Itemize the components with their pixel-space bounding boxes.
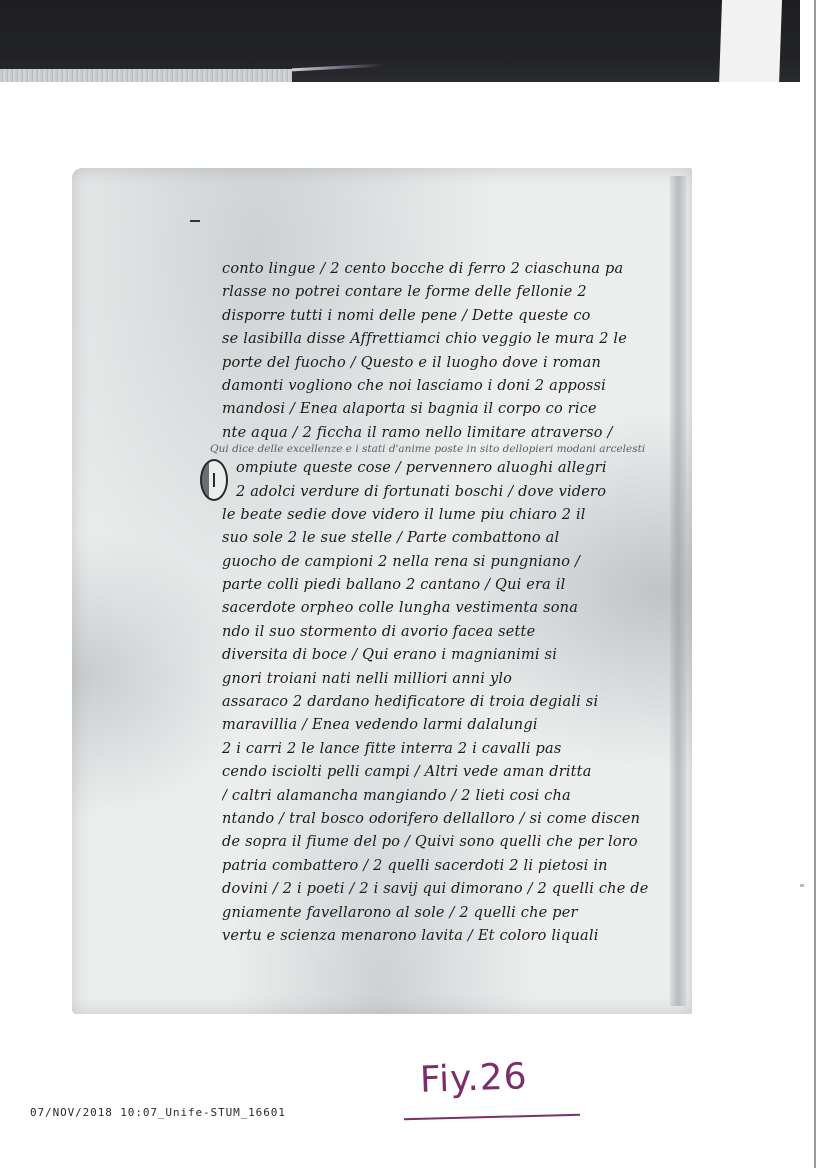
scan-dust-mark — [800, 884, 804, 887]
illuminated-initial-icon — [200, 459, 228, 501]
manuscript-line: porte del fuocho / Questo e il luogho do… — [222, 352, 662, 375]
figure-label: Fiy.26 — [419, 1056, 528, 1101]
scan-timestamp-id: 07/NOV/2018 10:07_Unife-STUM_16601 — [30, 1106, 286, 1119]
manuscript-line: parte colli piedi ballano 2 cantano / Qu… — [222, 574, 662, 597]
manuscript-line: patria combattero / 2 quelli sacerdoti 2… — [222, 855, 662, 878]
manuscript-line: le beate sedie dove videro il lume piu c… — [222, 504, 662, 527]
leaf-ink-speck — [190, 220, 200, 222]
manuscript-line: / caltri alamancha mangiando / 2 lieti c… — [222, 785, 662, 808]
manuscript-line: conto lingue / 2 cento bocche di ferro 2… — [222, 258, 662, 281]
manuscript-line: rlasse no potrei contare le forme delle … — [222, 281, 662, 304]
leaf-gutter-shadow — [670, 176, 686, 1006]
manuscript-line: sacerdote orpheo colle lungha vestimenta… — [222, 597, 662, 620]
manuscript-line: 2 i carri 2 le lance fitte interra 2 i c… — [222, 738, 662, 761]
manuscript-line: ntando / tral bosco odorifero dellalloro… — [222, 808, 662, 831]
manuscript-line: dovini / 2 i poeti / 2 i savij qui dimor… — [222, 878, 662, 901]
manuscript-line: gnori troiani nati nelli milliori anni y… — [222, 668, 662, 691]
manuscript-line: assaraco 2 dardano hedificatore di troia… — [222, 691, 662, 714]
scanner-top-band — [0, 0, 800, 82]
manuscript-line: 2 adolci verdure di fortunati boschi / d… — [222, 481, 662, 504]
scanner-edge-glint — [292, 64, 382, 72]
manuscript-line: cendo isciolti pelli campi / Altri vede … — [222, 761, 662, 784]
manuscript-line: diversita di boce / Qui erano i magniani… — [222, 644, 662, 667]
manuscript-line: maravillia / Enea vedendo larmi dalalung… — [222, 714, 662, 737]
manuscript-rubric: Qui dice delle excellenze e i stati d'an… — [210, 441, 662, 457]
scanner-gray-strip — [0, 69, 292, 82]
manuscript-line: damonti vogliono che noi lasciamo i doni… — [222, 375, 662, 398]
manuscript-line: ompiute queste cose / pervennero aluoghi… — [222, 457, 662, 480]
manuscript-line: de sopra il fiume del po / Quivi sono qu… — [222, 831, 662, 854]
manuscript-line: ndo il suo stormento di avorio facea set… — [222, 621, 662, 644]
manuscript-line: gniamente favellarono al sole / 2 quelli… — [222, 902, 662, 925]
manuscript-line: suo sole 2 le sue stelle / Parte combatt… — [222, 527, 662, 550]
manuscript-line: se lasibilla disse Affrettiamci chio veg… — [222, 328, 662, 351]
figure-label-underline — [404, 1114, 580, 1121]
manuscript-line: vertu e scienza menarono lavita / Et col… — [222, 925, 662, 948]
manuscript-line: disporre tutti i nomi delle pene / Dette… — [222, 305, 662, 328]
manuscript-paragraph: ompiute queste cose / pervennero aluoghi… — [222, 457, 662, 948]
scanner-white-tab — [719, 0, 782, 82]
manuscript-line: guocho de campioni 2 nella rena si pungn… — [222, 551, 662, 574]
manuscript-text-block: conto lingue / 2 cento bocche di ferro 2… — [222, 258, 662, 948]
manuscript-line: mandosi / Enea alaporta si bagnia il cor… — [222, 398, 662, 421]
